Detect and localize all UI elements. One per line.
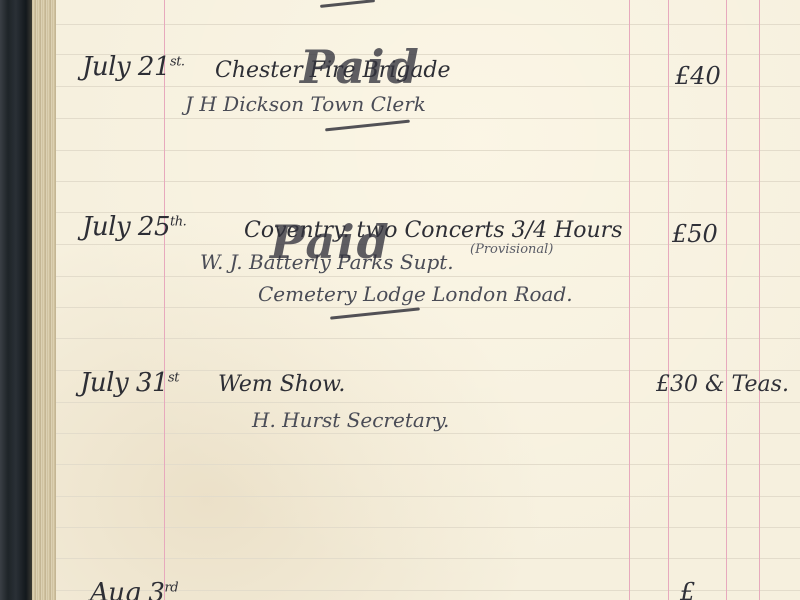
book-binding	[0, 0, 32, 600]
entry-date: July 31st	[80, 368, 179, 398]
entry-date: Aug 3rd	[90, 578, 178, 600]
entry-amount: £50	[672, 220, 718, 248]
ruled-line	[56, 276, 800, 277]
column-rule	[726, 0, 727, 600]
column-rule	[759, 0, 760, 600]
ruled-line	[56, 464, 800, 465]
ruled-line	[56, 118, 800, 119]
paid-stamp: Paid	[270, 215, 391, 269]
entry-amount: £30 & Teas.	[656, 372, 789, 397]
ruled-line	[56, 496, 800, 497]
ruled-line	[56, 181, 800, 182]
column-rule	[668, 0, 669, 600]
entry-address: Cemetery Lodge London Road.	[258, 282, 573, 306]
entry-amount: £	[680, 578, 695, 600]
entry-date: July 21st.	[82, 52, 185, 82]
entry-date: July 25th.	[82, 212, 186, 242]
ruled-line	[56, 307, 800, 308]
margin-rule	[164, 0, 165, 600]
ruled-line	[56, 24, 800, 25]
entry-engagement: Wem Show.	[218, 372, 345, 397]
column-rule	[629, 0, 630, 600]
entry-contact: J H Dickson Town Clerk	[185, 92, 426, 116]
entry-amount: £40	[675, 62, 721, 90]
paid-stamp: Paid	[300, 40, 421, 94]
ruled-line	[56, 338, 800, 339]
ruled-line	[56, 527, 800, 528]
entry-contact: H. Hurst Secretary.	[252, 408, 449, 432]
ruled-line	[56, 558, 800, 559]
page-edges	[32, 0, 56, 600]
ruled-line	[56, 402, 800, 403]
ruled-line	[56, 150, 800, 151]
entry-note: (Provisional)	[470, 242, 553, 257]
ruled-line	[56, 433, 800, 434]
